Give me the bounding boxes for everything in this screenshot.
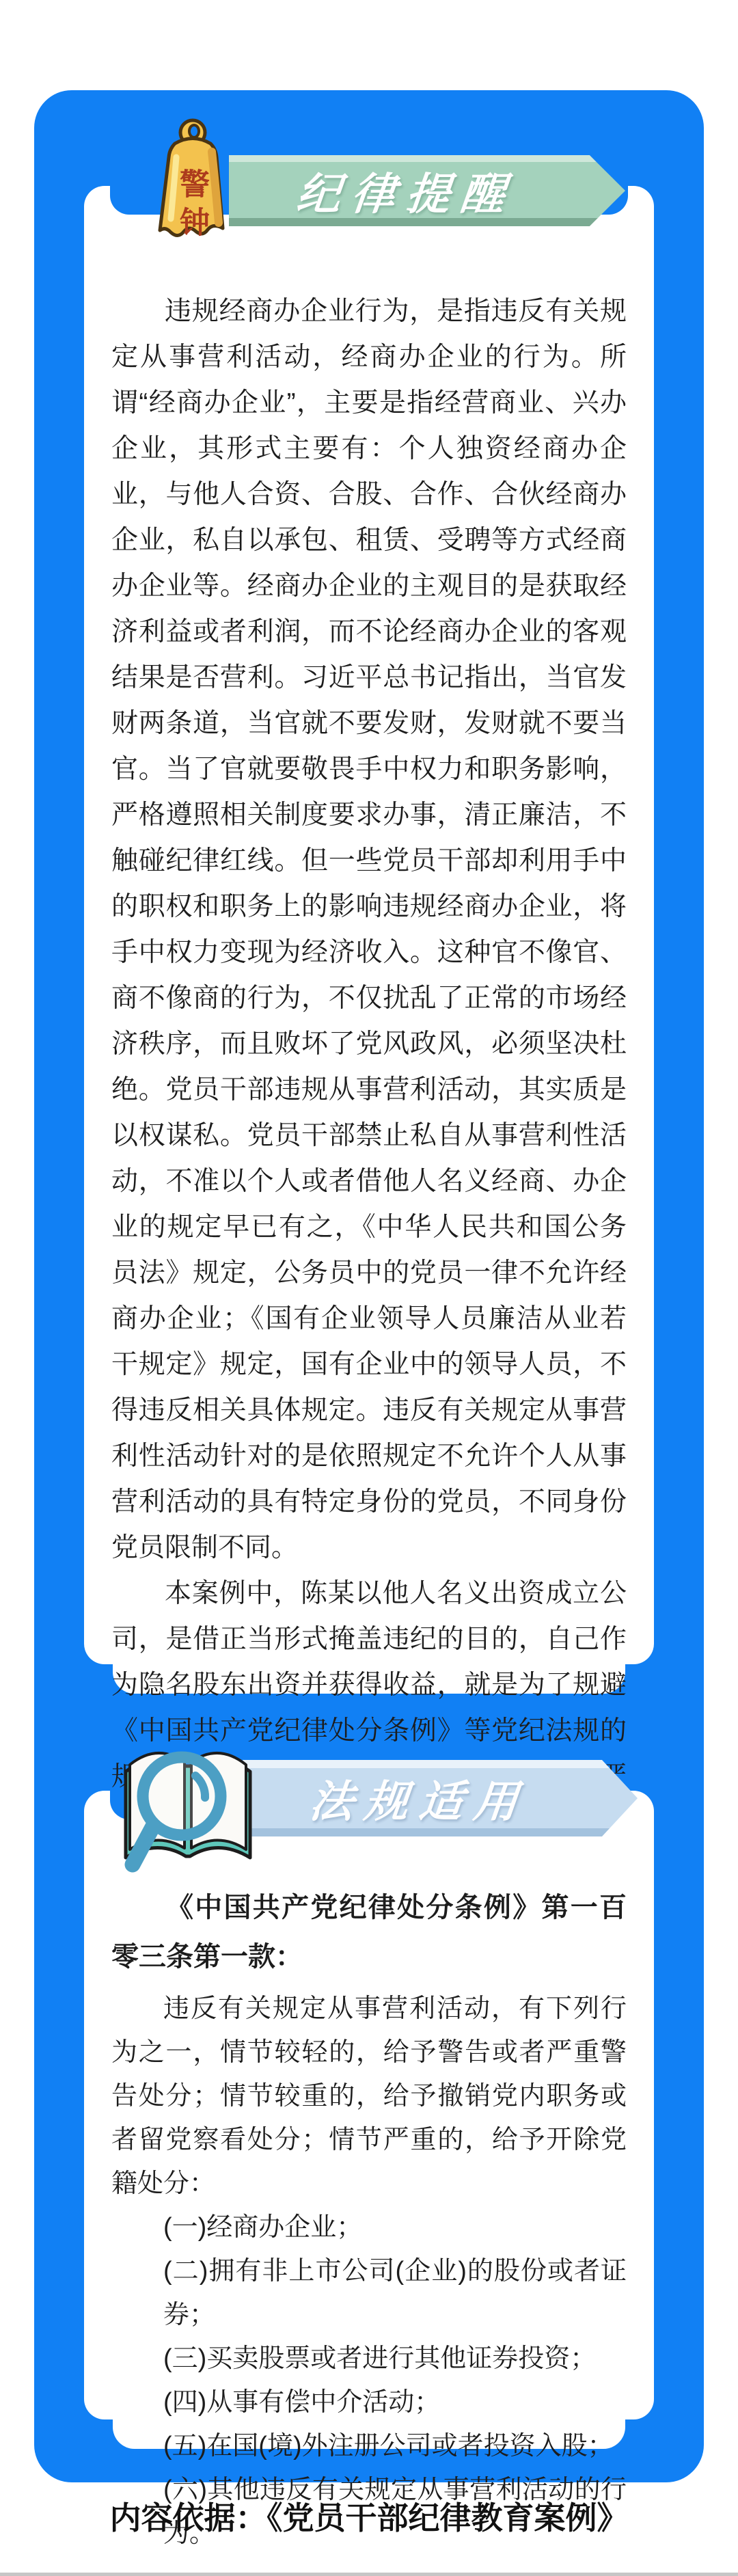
section1-card: 违规经商办企业行为，是指违反有关规定从事营利活动，经商办企业的行为。所谓“经商办… [84, 186, 654, 1664]
regulation-item: (五)在国(境)外注册公司或者投资入股； [111, 2424, 627, 2468]
section2-title-banner: 法规适用 [243, 1760, 638, 1836]
regulation-heading: 《中国共产党纪律处分条例》第一百零三条第一款： [111, 1883, 627, 1981]
section1-body: 违规经商办企业行为，是指违反有关规定从事营利活动，经商办企业的行为。所谓“经商办… [111, 288, 627, 1845]
open-book-magnifier-icon [115, 1731, 260, 1895]
section2-title: 法规适用 [239, 1767, 641, 1830]
bell-label: 警钟 [176, 168, 206, 245]
section1-paragraph-1: 违规经商办企业行为，是指违反有关规定从事营利活动，经商办企业的行为。所谓“经商办… [111, 288, 627, 1571]
regulation-item: (一)经商办企业； [111, 2206, 627, 2249]
regulation-item: (四)从事有偿中介活动； [111, 2381, 627, 2424]
section1-title-banner: 纪律提醒 [229, 155, 625, 226]
regulation-item: (三)买卖股票或者进行其他证券投资； [111, 2337, 627, 2381]
bottom-edge-strip [0, 2573, 738, 2576]
regulation-intro: 违反有关规定从事营利活动，有下列行为之一，情节较轻的，给予警告或者严重警告处分；… [111, 1987, 627, 2206]
footer-source: 内容依据：《党员干部纪律教育案例》 [0, 2493, 738, 2538]
alarm-bell-icon: 警钟 [135, 115, 247, 265]
book-magnifier-graphic [115, 1731, 260, 1895]
section2-body: 《中国共产党纪律处分条例》第一百零三条第一款： 违反有关规定从事营利活动，有下列… [111, 1883, 627, 2555]
regulation-item: (二)拥有非上市公司(企业)的股份或者证券； [111, 2249, 627, 2337]
section1-title: 纪律提醒 [225, 159, 629, 222]
